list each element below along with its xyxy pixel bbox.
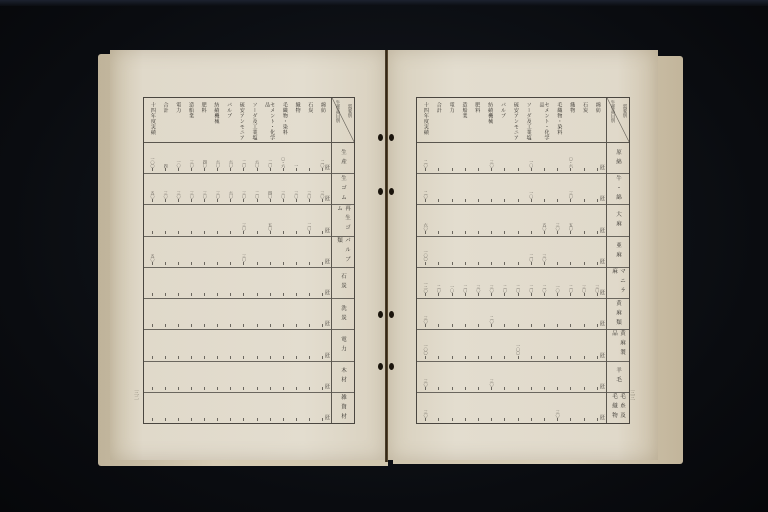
row-label: 木材 [332,362,354,393]
tick-mark [296,231,297,234]
corner-bottom-left: 生産品目別 [334,100,340,123]
table-cell [214,292,222,296]
tick-mark [243,324,244,327]
unit-label: 瓩 [325,289,330,296]
tick-mark [152,356,153,359]
tick-mark [152,168,153,171]
tick-mark [191,356,192,359]
tick-mark [322,324,323,327]
table-cell: 〇・六 [279,157,287,172]
unit-label: 瓩 [600,383,605,390]
tick-mark [557,168,558,171]
tick-mark [597,262,598,265]
table-cell: 三〇 [305,191,313,202]
cell-value: 六〇 [216,160,220,167]
tick-mark [204,356,205,359]
tick-mark [296,168,297,171]
table-cell: 三〇 [201,191,209,202]
right-table: 需要別 生産品目別 原綿牛・綿大麻亜麻マニラ麻黄麻類黄麻製品羊毛毛糸及毛織物 綿… [416,97,630,424]
table-cell [279,230,287,234]
tick-mark [570,324,571,327]
cell-value: 三〇 [203,191,207,198]
table-cell [554,355,562,359]
tick-mark [438,387,439,390]
column-header: 毛織物・染料 [556,98,561,142]
table-cell: 五〇 [567,223,575,234]
table-cell: 四〇 [266,191,274,202]
table-cell [580,198,588,202]
table-cell: 三〇 [474,285,482,296]
table-cell [540,355,548,359]
table-cell [162,230,170,234]
tick-mark [597,356,598,359]
tick-mark [296,262,297,265]
cell-value: 〇・六 [569,157,573,168]
table-cell: 三〇 [188,191,196,202]
table-cell [567,386,575,390]
table-cell [214,417,222,421]
tick-mark [152,199,153,202]
tick-mark [597,199,598,202]
cell-value: 二〇 [569,285,573,292]
table-cell: 一〇〇 [514,344,522,359]
cell-value: 二〇 [542,285,546,292]
tick-mark [584,231,585,234]
cell-value: 二〇 [503,285,507,292]
tick-mark [309,199,310,202]
table-cell [435,323,443,327]
tick-mark [531,231,532,234]
corner-top-right: 需要別 [621,104,627,118]
tick-mark [204,168,205,171]
table-cell: 二〇 [514,285,522,296]
cell-value: 三〇 [595,285,599,292]
row-label: 黄麻製品 [607,330,629,361]
row-label: 雑資材 [332,393,354,423]
table-cell [305,292,313,296]
tick-mark [544,418,545,421]
unit-label: 瓩 [325,352,330,359]
table-cell [201,261,209,265]
tick-mark [518,418,519,421]
table-row: 瓩 [144,362,331,393]
tick-mark [165,418,166,421]
table-cell [240,292,248,296]
cell-value: 二〇 [424,191,428,198]
table-cell: 一〇〇 [149,157,157,172]
tick-mark [452,231,453,234]
tick-mark [152,387,153,390]
tick-mark [270,293,271,296]
tick-mark [597,418,598,421]
cell-value: 三〇 [556,410,560,417]
tick-mark [322,418,323,421]
table-cell [474,355,482,359]
table-cell [227,386,235,390]
tick-mark [217,293,218,296]
table-cell: 二〇 [567,285,575,296]
tick-mark [191,262,192,265]
tick-mark [557,387,558,390]
table-cell [567,261,575,265]
tick-mark [283,199,284,202]
table-cell [214,355,222,359]
table-cell [240,355,248,359]
table-cell: 二〇 [527,285,535,296]
table-cell [188,386,196,390]
tick-mark [243,262,244,265]
unit-label: 瓩 [325,227,330,234]
tick-mark [504,199,505,202]
tick-mark [283,168,284,171]
table-cell [305,417,313,421]
tick-mark [597,387,598,390]
cell-value: 四〇 [203,160,207,167]
tick-mark [465,199,466,202]
tick-mark [544,356,545,359]
cell-value: 三〇 [281,191,285,198]
table-cell [474,261,482,265]
unit-label: 瓩 [600,289,605,296]
tick-mark [230,168,231,171]
tick-mark [570,231,571,234]
table-cell [540,386,548,390]
table-cell [266,417,274,421]
tick-mark [165,168,166,171]
corner-cell: 需要別 生産品目別 [607,98,629,143]
table-cell [214,386,222,390]
table-cell [567,355,575,359]
table-cell: 二〇 [501,285,509,296]
cell-value: 五〇 [542,223,546,230]
table-row: 瓩三〇一〇二〇 [417,174,606,205]
tick-mark [178,168,179,171]
column-header: 肥料 [201,98,206,142]
row-label: パルプ類 [332,237,354,268]
table-cell [266,386,274,390]
tick-mark [478,199,479,202]
tick-mark [217,262,218,265]
tick-mark [465,356,466,359]
tick-mark [438,199,439,202]
tick-mark [544,262,545,265]
table-cell: 三〇 [175,191,183,202]
data-grid: 綿紡石炭織物毛織物・染料セメント・化学品ソーダ及工業塩硫安アンモニアパルプ紡績機… [417,98,606,423]
table-cell [149,417,157,421]
table-cell: 二〇 [488,316,496,327]
tick-mark [584,168,585,171]
tick-mark [425,356,426,359]
tick-mark [518,199,519,202]
table-cell [227,261,235,265]
tick-mark [178,199,179,202]
tick-mark [283,324,284,327]
tick-mark [165,231,166,234]
table-cell [162,292,170,296]
tick-mark [152,293,153,296]
tick-mark [283,262,284,265]
table-cell [501,417,509,421]
tick-mark [152,324,153,327]
tick-mark [597,324,598,327]
tick-mark [178,231,179,234]
tick-mark [191,324,192,327]
table-row: 瓩三〇三〇 [417,362,606,393]
tick-mark [491,168,492,171]
data-grid: 綿紡石炭織物毛織物・染料セメント・化学品ソーダ及工業塩硫安アンモニアパルプ紡績機… [144,98,331,423]
table-cell [253,261,261,265]
tick-mark [518,168,519,171]
table-cell: 二〇 [422,191,430,202]
table-cell [448,230,456,234]
corner-cell: 需要別 生産品目別 [332,98,354,143]
tick-mark [191,231,192,234]
table-cell: 三〇 [488,285,496,296]
tick-mark [322,231,323,234]
table-cell [580,261,588,265]
table-cell: 三〇 [279,191,287,202]
table-cell: 一〇 [527,191,535,202]
table-cell [175,261,183,265]
table-row: 瓩一〇〇一〇〇 [417,330,606,361]
table-cell [514,323,522,327]
tick-mark [491,324,492,327]
tick-mark [597,231,598,234]
table-cell: 二〇 [461,285,469,296]
unit-label: 瓩 [600,164,605,171]
tick-mark [491,293,492,296]
table-cell: 五〇 [149,254,157,265]
cell-value: 二〇 [516,285,520,292]
table-cell: 三〇 [567,191,575,202]
cell-value: 三〇 [582,285,586,292]
column-header: ソーダ及工業塩 [251,98,256,142]
tick-mark [257,262,258,265]
table-cell [201,230,209,234]
tick-mark [584,293,585,296]
column-header: 造船業 [461,98,466,142]
cell-value: 一〇 [450,285,454,292]
table-cell [514,386,522,390]
table-cell [435,167,443,171]
cell-value: 二〇 [424,160,428,167]
tick-mark [465,324,466,327]
table-cell: 〇・六 [567,157,575,172]
tick-mark [191,418,192,421]
table-cell [435,261,443,265]
table-cell [435,198,443,202]
tick-mark [504,262,505,265]
table-cell: 一〇〇 [422,250,430,265]
table-cell [162,323,170,327]
tick-mark [518,324,519,327]
tick-mark [438,356,439,359]
cell-value: 五〇 [268,223,272,230]
table-cell [554,323,562,327]
column-header: 織物 [569,98,574,142]
table-cell [266,261,274,265]
tick-mark [270,387,271,390]
tick-mark [504,356,505,359]
binding-hole [389,363,394,370]
tick-mark [165,387,166,390]
cell-value: 六〇 [424,223,428,230]
table-cell [279,323,287,327]
tick-mark [570,418,571,421]
table-cell: 二〇 [266,160,274,171]
tick-mark [504,387,505,390]
tick-mark [504,293,505,296]
tick-mark [531,356,532,359]
table-cell [527,355,535,359]
tick-mark [518,387,519,390]
tick-mark [152,231,153,234]
tick-mark [230,418,231,421]
table-cell [292,230,300,234]
table-cell: 六〇 [227,191,235,202]
table-cell [448,355,456,359]
table-cell [448,198,456,202]
table-cell: 三〇 [554,410,562,421]
cell-value: 二〇 [529,285,533,292]
table-cell [175,292,183,296]
tick-mark [531,199,532,202]
table-cell: 一 [292,164,300,172]
table-cell [188,355,196,359]
tick-mark [243,293,244,296]
tick-mark [531,168,532,171]
table-cell [527,323,535,327]
table-cell [567,323,575,327]
cell-value: 一 [294,164,298,168]
tick-mark [557,293,558,296]
tick-mark [191,199,192,202]
column-header: 石炭 [582,98,587,142]
table-cell: 二〇 [253,191,261,202]
tick-mark [478,231,479,234]
tick-mark [296,293,297,296]
tick-mark [518,293,519,296]
tick-mark [152,262,153,265]
tick-mark [243,168,244,171]
tick-mark [531,418,532,421]
binding-hole [378,311,383,318]
tick-mark [425,262,426,265]
tick-mark [270,262,271,265]
table-row: 瓩三〇三〇二〇一〇二〇二〇二〇二〇三〇三〇二〇一〇二〇一二〇 [417,268,606,299]
cell-value: 五〇 [151,191,155,198]
table-cell [175,323,183,327]
table-cell [514,417,522,421]
column-header: 綿紡 [595,98,600,142]
column-header: 綿紡 [320,98,325,142]
tick-mark [257,199,258,202]
cell-value: 一〇 [529,191,533,198]
table-cell [461,198,469,202]
unit-label: 瓩 [325,164,330,171]
table-cell [253,292,261,296]
tick-mark [491,231,492,234]
tick-mark [584,387,585,390]
table-cell: 五〇 [266,223,274,234]
table-cell [488,355,496,359]
tick-mark [584,199,585,202]
cell-value: 四〇 [268,191,272,198]
cell-value: 三〇 [177,191,181,198]
cell-value: 三〇 [190,160,194,167]
cell-value: 三〇 [542,254,546,261]
table-cell [279,292,287,296]
column-header: 硫安アンモニア [513,98,518,142]
tick-mark [270,231,271,234]
column-header: 肥料 [474,98,479,142]
table-cell [527,386,535,390]
unit-label: 瓩 [325,414,330,421]
tick-mark [204,324,205,327]
tick-mark [544,168,545,171]
tick-mark [309,324,310,327]
cell-value: 六〇 [229,191,233,198]
table-cell [474,417,482,421]
tick-mark [204,387,205,390]
table-cell [201,292,209,296]
cell-value: 三〇 [490,160,494,167]
cell-value: 六〇 [229,160,233,167]
table-cell [175,230,183,234]
cell-value: 一〇〇 [424,250,428,261]
table-cell [305,323,313,327]
cell-value: 三〇 [556,223,560,230]
table-cell [580,355,588,359]
binding-hole [378,134,383,141]
table-cell: 一〇〇 [422,344,430,359]
cell-value: 二〇 [529,254,533,261]
table-row: 瓩 [144,330,331,361]
table-cell [448,417,456,421]
tick-mark [283,356,284,359]
column-header: 合計 [436,98,441,142]
table-cell [149,355,157,359]
table-cell [149,386,157,390]
tick-mark [217,231,218,234]
tick-mark [204,231,205,234]
cell-value: 二〇 [268,160,272,167]
unit-label: 瓩 [600,320,605,327]
cell-value: 二〇 [463,285,467,292]
table-cell [474,230,482,234]
table-row: 瓩 [144,268,331,299]
tick-mark [204,262,205,265]
right-page: 需要別 生産品目別 原綿牛・綿大麻亜麻マニラ麻黄麻類黄麻製品羊毛毛糸及毛織物 綿… [388,50,658,460]
table-cell [175,355,183,359]
table-cell: 三〇 [580,285,588,296]
tick-mark [491,199,492,202]
column-header: 織物 [295,98,300,142]
tick-mark [243,387,244,390]
tick-mark [165,293,166,296]
tick-mark [309,293,310,296]
tick-mark [504,168,505,171]
tick-mark [217,356,218,359]
unit-label: 瓩 [600,195,605,202]
table-cell: 三〇 [422,379,430,390]
tick-mark [584,418,585,421]
tick-mark [544,199,545,202]
tick-mark [283,293,284,296]
cell-value: 三〇 [294,191,298,198]
cell-value: 二〇 [307,223,311,230]
tick-mark [309,418,310,421]
